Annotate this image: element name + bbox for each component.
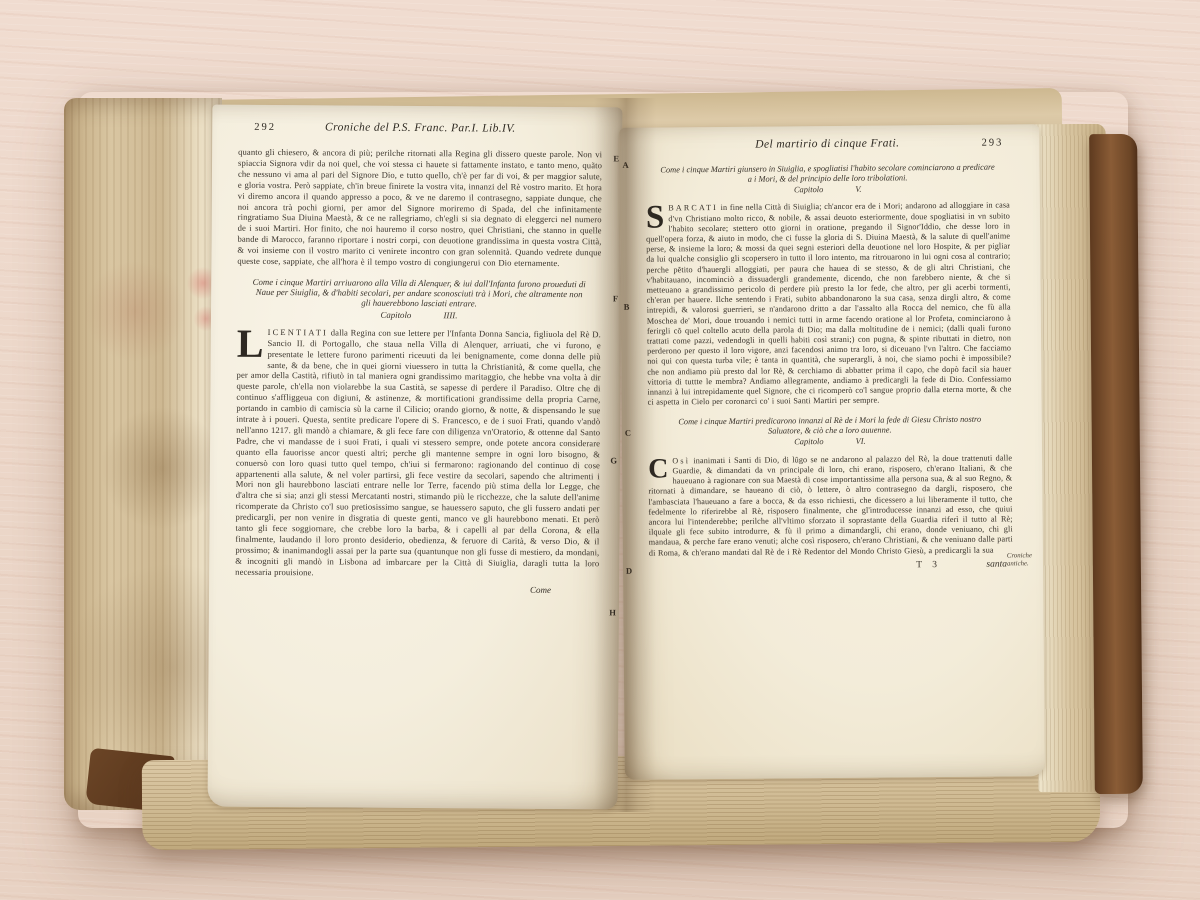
- book-leather-cover: [1089, 134, 1143, 794]
- marginal-note: Croniche antiche.: [1007, 552, 1043, 568]
- licentiati-opening: ICENTIATI: [268, 327, 328, 337]
- cosi-text: inanimati i Santi di Dio, di lũgo se ne …: [648, 453, 1013, 557]
- left-running-head: Croniche del P.S. Franc. Par.I. Lib.IV.: [325, 121, 516, 134]
- capitolo-number: IIII.: [443, 310, 457, 320]
- drop-cap-s: S: [646, 204, 669, 232]
- left-page: 292 Croniche del P.S. Franc. Par.I. Lib.…: [208, 105, 623, 810]
- capitolo-number: VI.: [856, 437, 866, 447]
- gathering-signature: T 3: [916, 560, 941, 570]
- drop-cap-c: C: [648, 456, 673, 480]
- margin-letter-c: C: [625, 428, 631, 438]
- margin-letter-e: E: [613, 153, 619, 163]
- chapter-4-title: Come i cinque Martiri arriuarono alla Vi…: [251, 277, 587, 310]
- drop-cap-l: L: [237, 327, 268, 360]
- right-catchword: santa: [986, 559, 1007, 569]
- chapter-6-capitolo: Capitolo VI.: [662, 436, 998, 449]
- margin-letter-d: D: [626, 566, 632, 576]
- licentiati-text: dalla Regina con sue lettere per l'Infan…: [235, 327, 601, 577]
- chapter-5-heading: Come i cinque Martiri giunsero in Siuigl…: [659, 163, 995, 196]
- right-signature-row: T 3 santa: [649, 559, 1013, 576]
- right-page-header: Del martirio di cinque Frati. 293: [645, 136, 1009, 151]
- capitolo-label: Capitolo: [794, 185, 823, 195]
- left-intro-paragraph: quanto gli chiesero, & ancora di più; pe…: [237, 147, 602, 270]
- chapter-4-heading: Come i cinque Martiri arriuarono alla Vi…: [251, 277, 587, 321]
- margin-letter-b: B: [624, 302, 630, 312]
- cosi-opening: Osì: [672, 456, 690, 465]
- right-page: Del martirio di cinque Frati. 293 Come i…: [619, 124, 1045, 780]
- chapter-5-capitolo: Capitolo V.: [660, 183, 996, 196]
- left-catchword-row: Come: [235, 582, 599, 595]
- capitolo-label: Capitolo: [380, 309, 411, 319]
- cosi-paragraph: C Osì inanimati i Santi di Dio, di lũgo …: [648, 453, 1013, 558]
- chapter-5-title: Come i cinque Martiri giunsero in Siuigl…: [659, 163, 995, 186]
- capitolo-label: Capitolo: [794, 437, 823, 447]
- right-running-head: Del martirio di cinque Frati.: [755, 137, 899, 150]
- chapter-6-heading: Come i cinque Martiri predicarono innanz…: [662, 415, 998, 448]
- sbarcati-opening: BARCATI: [668, 203, 718, 212]
- book-photo: 292 Croniche del P.S. Franc. Par.I. Lib.…: [0, 0, 1200, 900]
- sbarcati-text: in fine nella Città di Siuiglia; ch'anco…: [646, 201, 1011, 407]
- capitolo-number: V.: [855, 184, 861, 194]
- chapter-6-title: Come i cinque Martiri predicarono innanz…: [662, 415, 998, 438]
- left-page-header: 292 Croniche del P.S. Franc. Par.I. Lib.…: [238, 121, 602, 136]
- right-page-number: 293: [982, 137, 1004, 148]
- book-left-fore-edge: [64, 98, 222, 810]
- margin-letter-h: H: [609, 607, 616, 617]
- margin-letter-g: G: [610, 455, 617, 465]
- licentiati-paragraph: L ICENTIATI dalla Regina con sue lettere…: [235, 327, 601, 580]
- sbarcati-paragraph: S BARCATI in fine nella Città di Siuigli…: [646, 201, 1012, 408]
- left-catchword: Come: [530, 584, 551, 594]
- left-page-number: 292: [254, 122, 276, 133]
- chapter-4-capitolo: Capitolo IIII.: [251, 308, 587, 321]
- margin-letter-f: F: [613, 293, 618, 303]
- margin-letter-a: A: [622, 160, 628, 170]
